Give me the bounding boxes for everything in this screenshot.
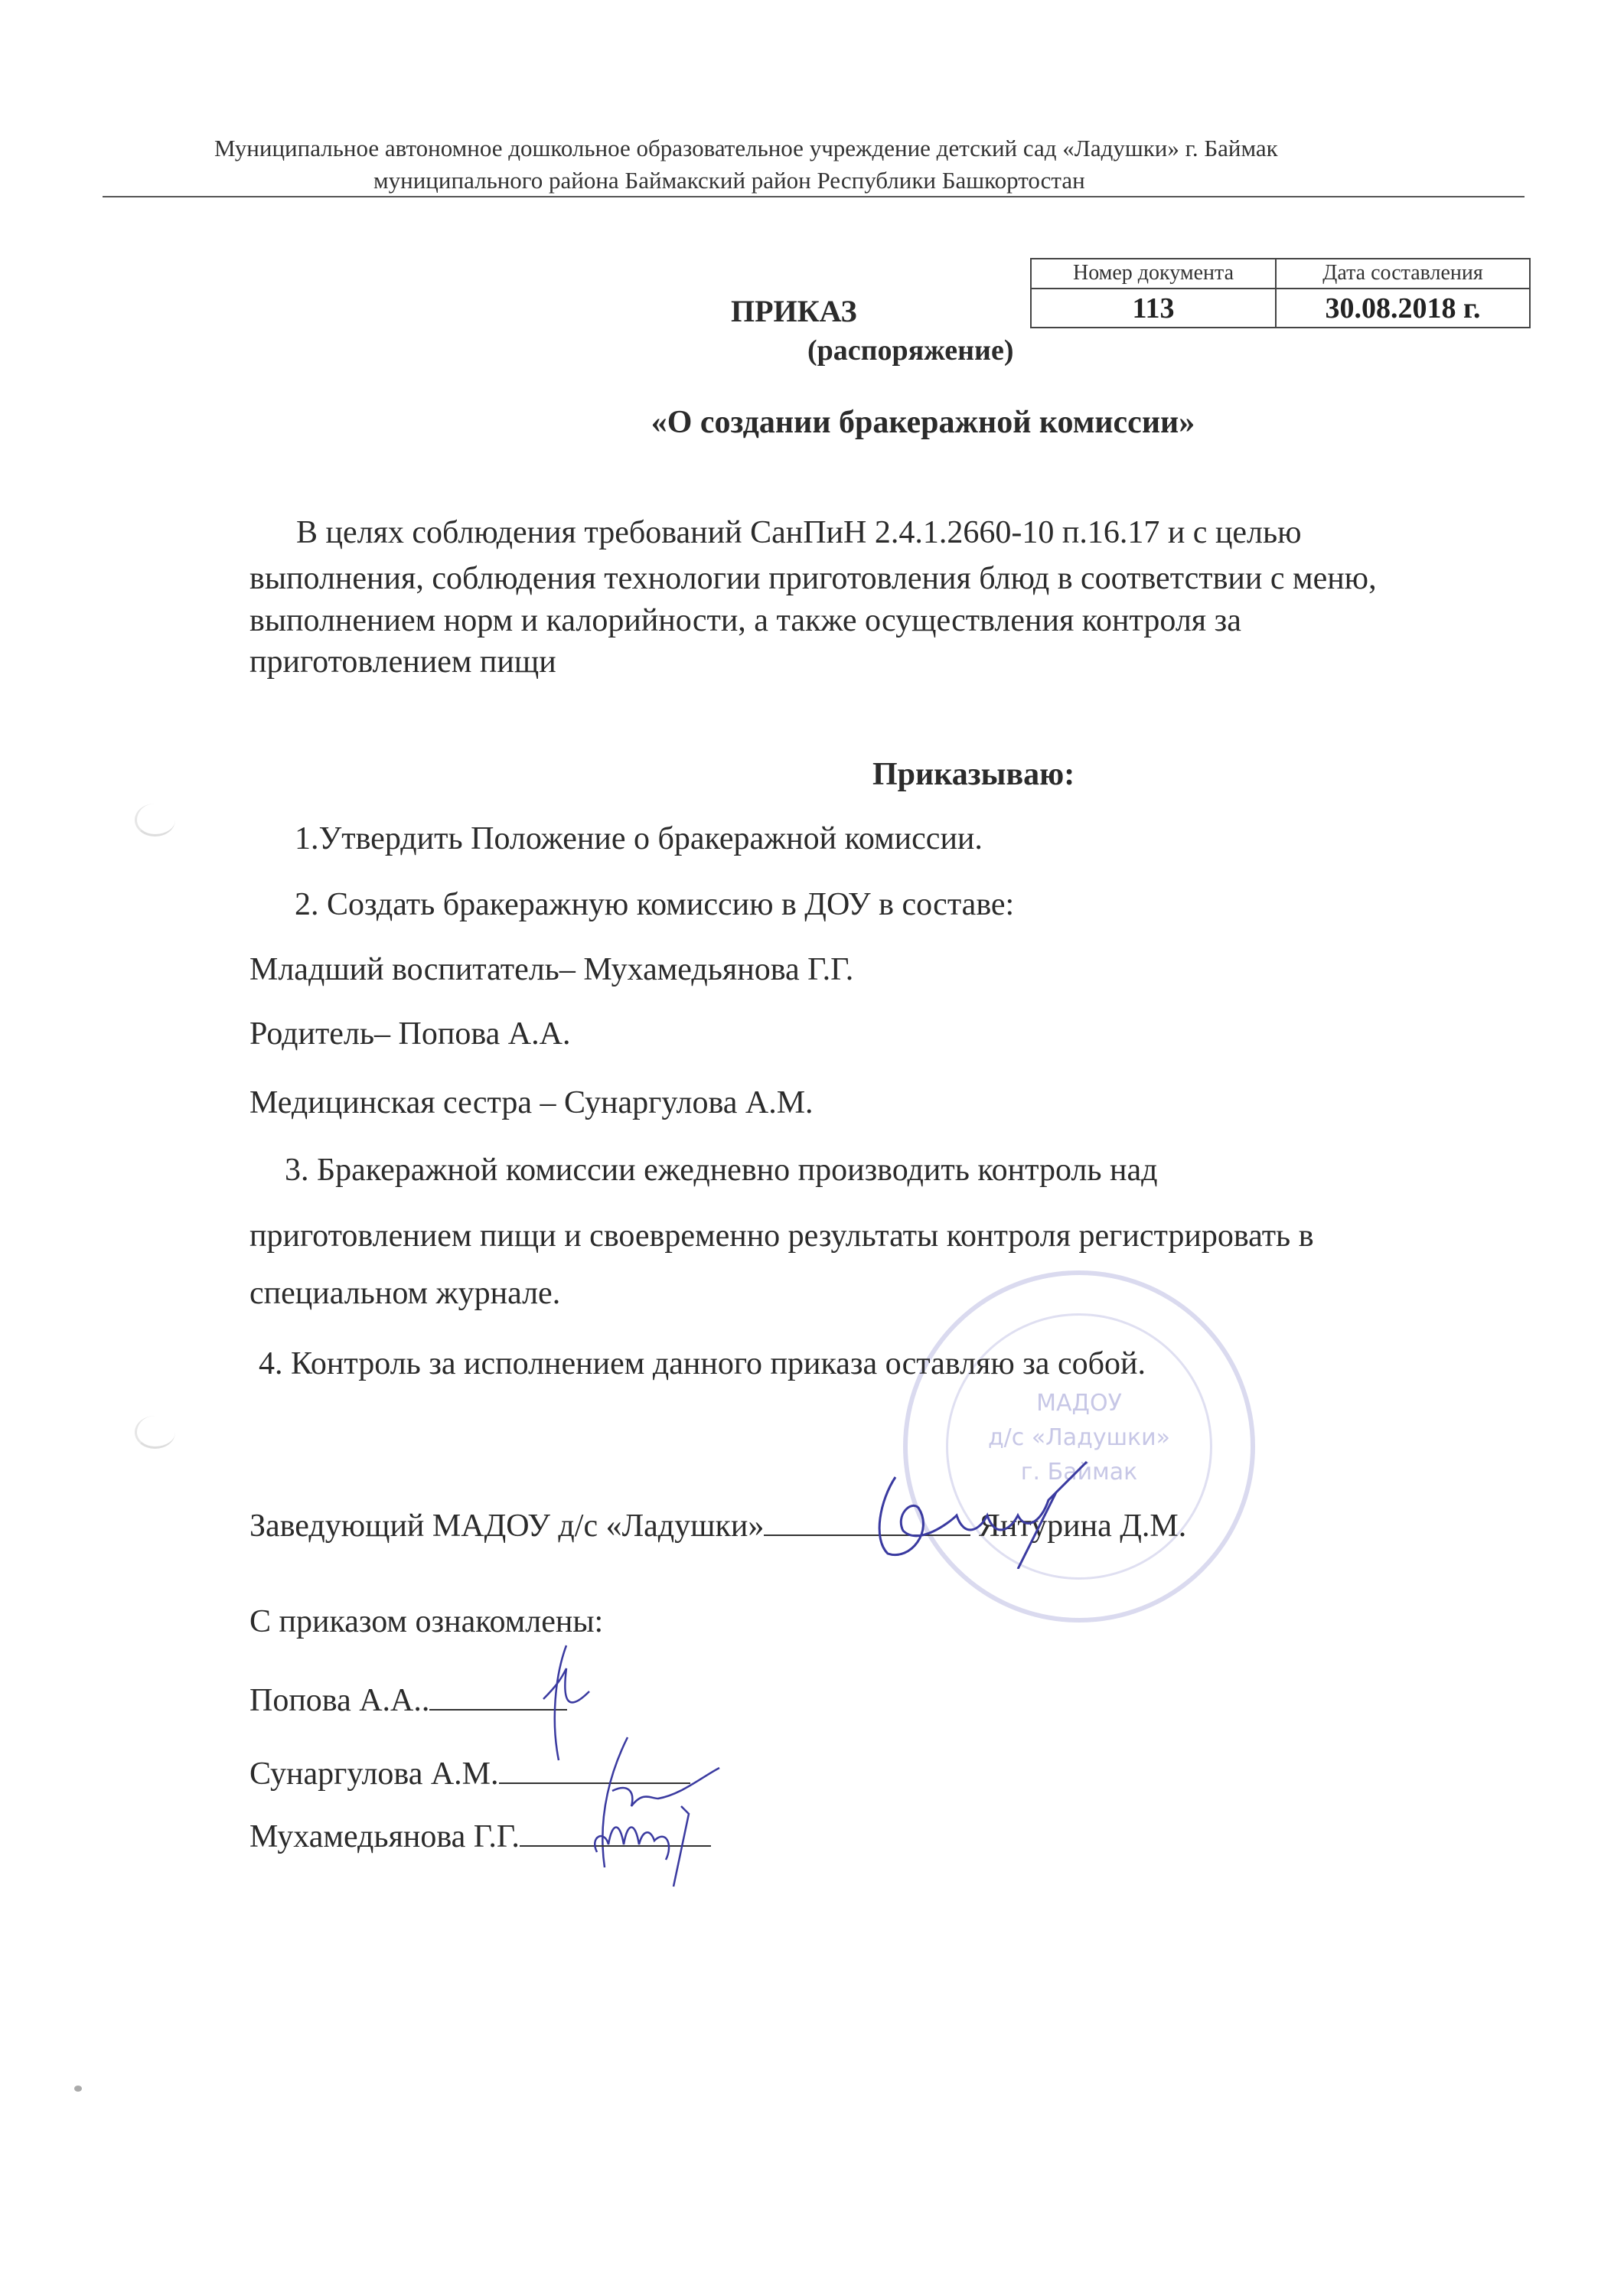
official-stamp: МАДОУ д/с «Ладушки» г. Баймак: [903, 1270, 1255, 1623]
document-info-table: Номер документа Дата составления 113 30.…: [1030, 258, 1531, 328]
acquainted-name-sunargulova: Сунаргулова А.М.: [249, 1756, 499, 1792]
document-number: 113: [1032, 292, 1275, 325]
punch-hole-mark-top: [135, 804, 175, 837]
item-3-line-1: 3. Бракеражной комиссии ежедневно произв…: [285, 1152, 1158, 1189]
header-institution-line2: муниципального района Баймакский район Р…: [373, 167, 1085, 194]
acquainted-name-mukhamedyanova: Мухамедьянова Г.Г.: [249, 1819, 520, 1854]
preamble-line-2: выполнения, соблюдения технологии пригот…: [249, 560, 1377, 597]
item-4: 4. Контроль за исполнением данного прика…: [259, 1345, 1146, 1382]
item-2: 2. Создать бракеражную комиссию в ДОУ в …: [295, 886, 1014, 923]
column-date: Дата составления: [1277, 261, 1529, 285]
item-1: 1.Утвердить Положение о бракеражной коми…: [295, 820, 983, 857]
member-parent: Родитель– Попова А.А.: [249, 1016, 570, 1052]
punch-hole-mark-bottom: [135, 1416, 175, 1449]
decree-heading: Приказываю:: [872, 756, 1075, 793]
item-3-line-3: специальном журнале.: [249, 1275, 560, 1312]
acquainted-name-popova: Попова А.А..: [249, 1683, 429, 1718]
item-3-line-2: приготовлением пищи и своевременно резул…: [249, 1218, 1314, 1254]
director-signature-icon: [865, 1454, 1110, 1569]
stamp-text-1: МАДОУ: [908, 1390, 1251, 1417]
stamp-text-2: д/с «Ладушки»: [908, 1424, 1251, 1451]
order-title: ПРИКАЗ: [731, 293, 857, 329]
header-divider: [103, 196, 1525, 197]
document-date: 30.08.2018 г.: [1277, 292, 1529, 325]
header-institution-line1: Муниципальное автономное дошкольное обра…: [214, 135, 1278, 162]
column-document-number: Номер документа: [1032, 261, 1275, 285]
order-name: «О создании бракеражной комиссии»: [0, 404, 1624, 441]
preamble-line-1: В целях соблюдения требований СанПиН 2.4…: [296, 514, 1302, 551]
preamble-line-4: приготовлением пищи: [249, 644, 556, 680]
director-position: Заведующий МАДОУ д/с «Ладушки»: [249, 1508, 764, 1544]
preamble-line-3: выполнением норм и калорийности, а также…: [249, 602, 1241, 639]
order-subtitle: (распоряжение): [807, 334, 1013, 367]
member-nurse: Медицинская сестра – Сунаргулова А.М.: [249, 1084, 814, 1121]
scan-speck: [74, 2086, 82, 2092]
mukhamedyanova-signature-icon: [582, 1791, 719, 1890]
member-junior-teacher: Младший воспитатель– Мухамедьянова Г.Г.: [249, 951, 853, 988]
